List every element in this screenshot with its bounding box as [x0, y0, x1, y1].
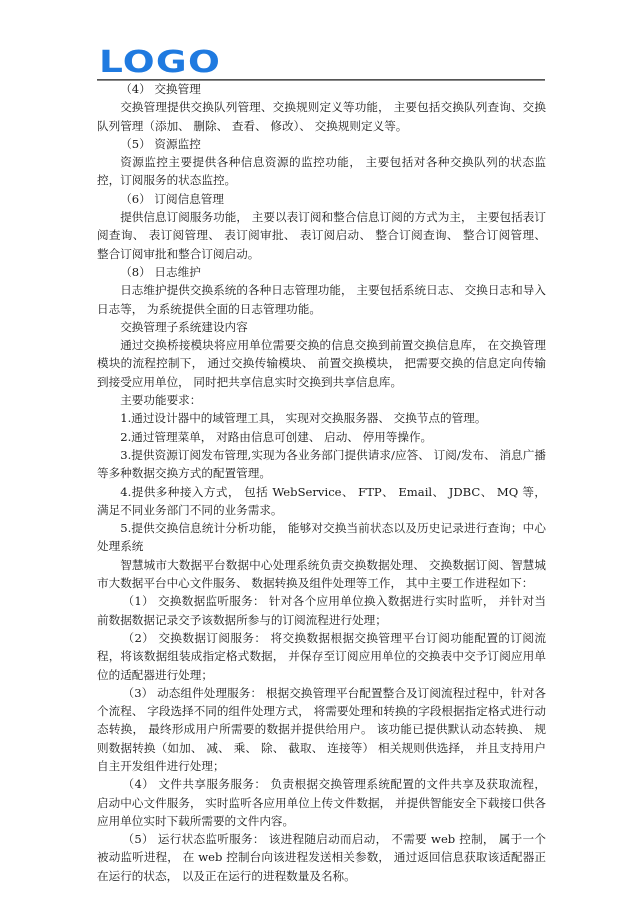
paragraph: 交换管理提供交换队列管理、交换规则定义等功能， 主要包括交换队列查询、交换队列管… [97, 98, 546, 135]
section-heading: （5） 资源监控 [97, 135, 546, 153]
paragraph: 资源监控主要提供各种信息资源的监控功能， 主要包括对各种交换队列的状态监控，订阅… [97, 153, 546, 190]
paragraph: 日志维护提供交换系统的各种日志管理功能， 主要包括系统日志、 交换日志和导入日志… [97, 281, 546, 318]
section-heading: 主要功能要求： [97, 391, 546, 409]
list-item: 5.提供交换信息统计分析功能， 能够对交换当前状态以及历史记录进行查询；中心处理… [97, 519, 546, 556]
paragraph: 智慧城市大数据平台数据中心处理系统负责交换数据处理、 交换数据订阅、智慧城市大数… [97, 556, 546, 593]
paragraph: 通过交换桥接模块将应用单位需要交换的信息交换到前置交换信息库， 在交换管理模块的… [97, 336, 546, 391]
process-item: （1） 交换数据监听服务： 针对各个应用单位换入数据进行实时监听， 并针对当前数… [97, 592, 546, 629]
list-item: 2.通过管理菜单， 对路由信息可创建、 启动、 停用等操作。 [97, 428, 546, 446]
section-heading: （4） 交换管理 [97, 80, 546, 98]
process-item: （2） 交换数据订阅服务： 将交换数据根据交换管理平台订阅功能配置的订阅流程，将… [97, 629, 546, 684]
section-heading: （6） 订阅信息管理 [97, 190, 546, 208]
process-item: （5） 运行状态监听服务： 该进程随启动而启动， 不需要 web 控制， 属于一… [97, 830, 546, 885]
section-heading: 交换管理子系统建设内容 [97, 318, 546, 336]
process-item: （4） 文件共享服务服务： 负责根据交换管理系统配置的文件共享及获取流程， 启动… [97, 775, 546, 830]
list-item: 1.通过设计器中的域管理工具， 实现对交换服务器、 交换节点的管理。 [97, 409, 546, 427]
document-body: （4） 交换管理 交换管理提供交换队列管理、交换规则定义等功能， 主要包括交换队… [97, 80, 546, 885]
list-item: 4.提供多种接入方式， 包括 WebService、 FTP、 Email、 J… [97, 483, 546, 520]
section-heading: （8） 日志维护 [97, 263, 546, 281]
list-item: 3.提供资源订阅发布管理,实现为各业务部门提供请求/应答、 订阅/发布、 消息广… [97, 446, 546, 483]
process-item: （3） 动态组件处理服务： 根据交换管理平台配置整合及订阅流程过程中，针对各个流… [97, 684, 546, 775]
logo: LOGO [99, 50, 221, 76]
paragraph: 提供信息订阅服务功能， 主要以表订阅和整合信息订阅的方式为主， 主要包括表订阅查… [97, 208, 546, 263]
